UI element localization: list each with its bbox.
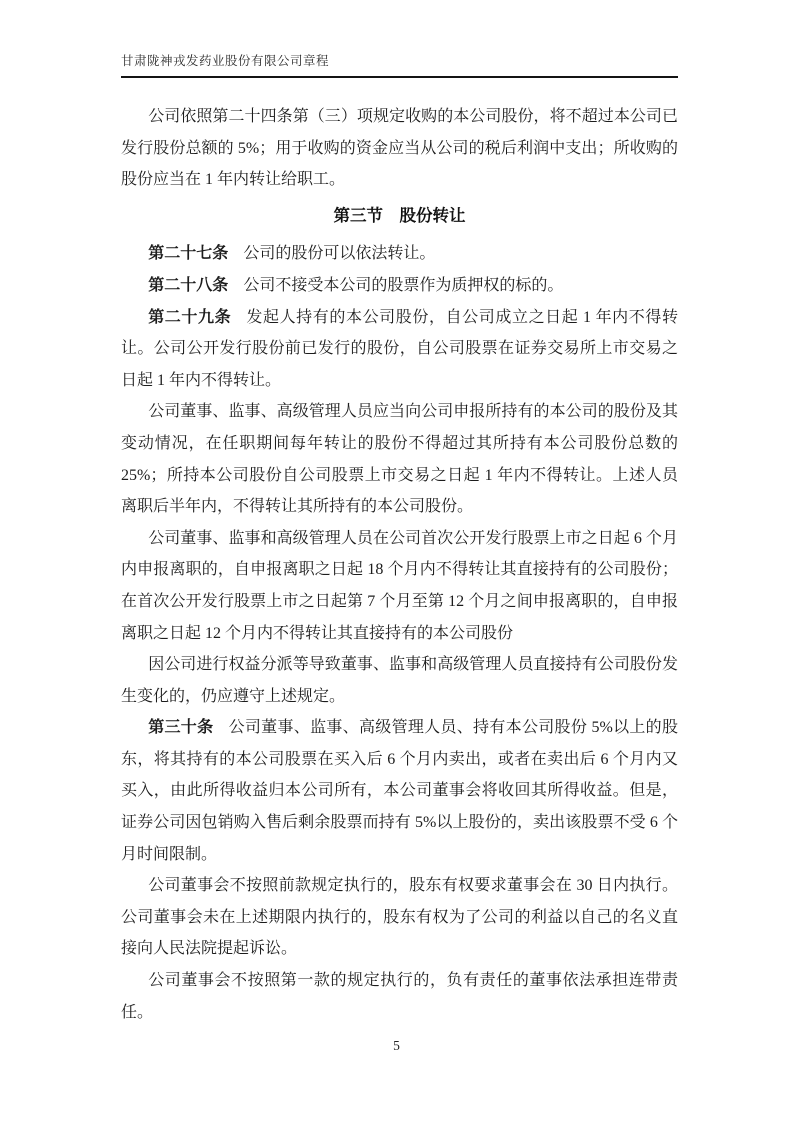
paragraph-text: 公司董事、监事、高级管理人员、持有本公司股份 5%以上的股东，将其持有的本公司股…: [121, 719, 678, 862]
paragraph-article-30: 第三十条公司董事、监事、高级管理人员、持有本公司股份 5%以上的股东，将其持有的…: [121, 712, 678, 870]
paragraph-officer-resignation: 公司董事、监事和高级管理人员在公司首次公开发行股票上市之日起 6 个月内申报离职…: [121, 523, 678, 649]
article-term: 第二十九条: [148, 309, 231, 326]
paragraph-text: 公司董事会不按照第一款的规定执行的，负有责任的董事依法承担连带责任。: [121, 972, 678, 1021]
paragraph-officer-declaration: 公司董事、监事、高级管理人员应当向公司申报所持有的本公司的股份及其变动情况，在任…: [121, 396, 678, 522]
paragraph-text: 公司董事会不按照前款规定执行的，股东有权要求董事会在 30 日内执行。公司董事会…: [121, 877, 678, 957]
paragraph-article-27: 第二十七条公司的股份可以依法转让。: [121, 238, 678, 270]
header-title: 甘肃陇神戎发药业股份有限公司章程: [121, 54, 678, 78]
paragraph-text: 公司董事、监事、高级管理人员应当向公司申报所持有的本公司的股份及其变动情况，在任…: [121, 403, 678, 515]
paragraph-equity-distribution: 因公司进行权益分派等导致董事、监事和高级管理人员直接持有公司股份发生变化的，仍应…: [121, 649, 678, 712]
paragraph-text: 公司的股份可以依法转让。: [243, 245, 435, 262]
paragraph-text: 公司不接受本公司的股票作为质押权的标的。: [243, 277, 563, 294]
paragraph-text: 因公司进行权益分派等导致董事、监事和高级管理人员直接持有公司股份发生变化的，仍应…: [121, 656, 678, 705]
document-page: 甘肃陇神戎发药业股份有限公司章程 公司依照第二十四条第（三）项规定收购的本公司股…: [0, 0, 793, 1122]
page-footer: 5: [0, 1038, 793, 1054]
page-header: 甘肃陇神戎发药业股份有限公司章程: [121, 54, 678, 78]
paragraph-article-29: 第二十九条发起人持有的本公司股份，自公司成立之日起 1 年内不得转让。公司公开发…: [121, 302, 678, 397]
article-term: 第二十八条: [148, 277, 228, 294]
paragraph-text: 公司董事、监事和高级管理人员在公司首次公开发行股票上市之日起 6 个月内申报离职…: [121, 530, 678, 642]
page-number: 5: [393, 1038, 400, 1053]
article-term: 第三十条: [148, 719, 213, 736]
paragraph-text: 公司依照第二十四条第（三）项规定收购的本公司股份，将不超过本公司已发行股份总额的…: [121, 108, 678, 188]
paragraph-article-28: 第二十八条公司不接受本公司的股票作为质押权的标的。: [121, 270, 678, 302]
section-heading: 第三节 股份转让: [121, 200, 678, 232]
document-body: 公司依照第二十四条第（三）项规定收购的本公司股份，将不超过本公司已发行股份总额的…: [121, 101, 678, 1028]
article-term: 第二十七条: [148, 245, 228, 262]
paragraph-board-enforcement: 公司董事会不按照前款规定执行的，股东有权要求董事会在 30 日内执行。公司董事会…: [121, 870, 678, 965]
paragraph-director-liability: 公司董事会不按照第一款的规定执行的，负有责任的董事依法承担连带责任。: [121, 965, 678, 1028]
paragraph-share-buyback: 公司依照第二十四条第（三）项规定收购的本公司股份，将不超过本公司已发行股份总额的…: [121, 101, 678, 196]
